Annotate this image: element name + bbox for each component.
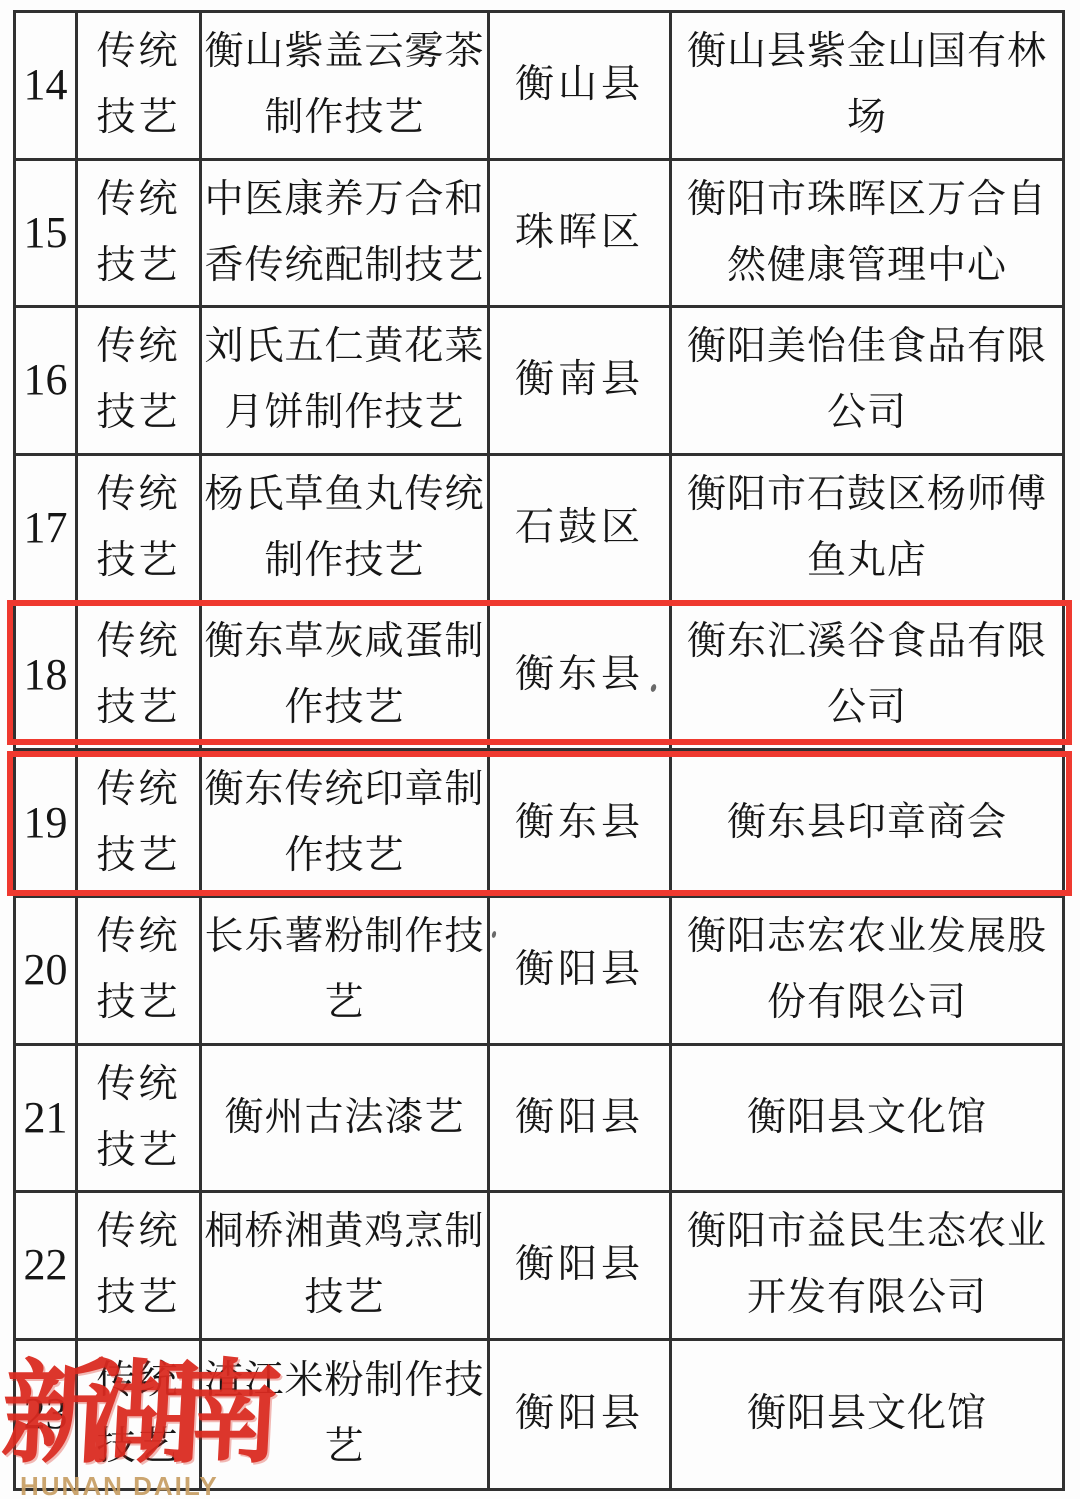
- region-cell: 衡阳县: [490, 1193, 672, 1338]
- region-cell: 石鼓区: [490, 456, 672, 601]
- organization-cell: 衡阳市珠晖区万合自 然健康管理中心: [672, 161, 1062, 306]
- organization-cell: 衡阳县文化馆: [672, 1046, 1062, 1191]
- table-row-19: 19 传统 技艺 衡东传统印章制 作技艺 衡东县 衡东县印章商会: [16, 751, 1062, 899]
- table-row-14: 14 传统 技艺 衡山紫盖云雾茶 制作技艺 衡山县 衡山县紫金山国有林 场: [16, 13, 1062, 161]
- row-number-cell: 18: [16, 603, 78, 748]
- category-cell: 传统 技艺: [78, 161, 202, 306]
- category-cell: 传统 技艺: [78, 898, 202, 1043]
- table-row-22: 22 传统 技艺 桐桥湘黄鸡烹制 技艺 衡阳县 衡阳市益民生态农业 开发有限公司: [16, 1193, 1062, 1341]
- region-cell: 衡阳县: [490, 1341, 672, 1489]
- organization-cell: 衡阳县文化馆: [672, 1341, 1062, 1489]
- table-row-18: 18 传统 技艺 衡东草灰咸蛋制 作技艺 衡东县 衡东汇溪谷食品有限 公司: [16, 603, 1062, 751]
- category-cell: 传统 技艺: [78, 456, 202, 601]
- region-cell: 珠晖区: [490, 161, 672, 306]
- organization-cell: 衡阳美怡佳食品有限 公司: [672, 308, 1062, 453]
- row-number-cell: 19: [16, 751, 78, 896]
- project-name-cell: 衡东草灰咸蛋制 作技艺: [202, 603, 490, 748]
- region-cell: 衡阳县: [490, 898, 672, 1043]
- project-name-cell: 衡山紫盖云雾茶 制作技艺: [202, 13, 490, 158]
- organization-cell: 衡阳市益民生态农业 开发有限公司: [672, 1193, 1062, 1338]
- region-cell: 衡东县: [490, 751, 672, 896]
- table-row-21: 21 传统 技艺 衡州古法漆艺 衡阳县 衡阳县文化馆: [16, 1046, 1062, 1194]
- category-cell: 传统 技艺: [78, 308, 202, 453]
- region-cell: 衡东县: [490, 603, 672, 748]
- row-number-cell: 20: [16, 898, 78, 1043]
- project-name-cell: 桐桥湘黄鸡烹制 技艺: [202, 1193, 490, 1338]
- organization-cell: 衡山县紫金山国有林 场: [672, 13, 1062, 158]
- table-row-16: 16 传统 技艺 刘氏五仁黄花菜 月饼制作技艺 衡南县 衡阳美怡佳食品有限 公司: [16, 308, 1062, 456]
- category-cell: 传统 技艺: [78, 603, 202, 748]
- project-name-cell: 中医康养万合和 香传统配制技艺: [202, 161, 490, 306]
- project-name-cell: 刘氏五仁黄花菜 月饼制作技艺: [202, 308, 490, 453]
- row-number-cell: 15: [16, 161, 78, 306]
- project-name-cell: 长乐薯粉制作技 艺: [202, 898, 490, 1043]
- category-cell: 传统 技艺: [78, 1193, 202, 1338]
- region-cell: 衡阳县: [490, 1046, 672, 1191]
- category-cell: 传统 技艺: [78, 1341, 202, 1489]
- project-name-cell: 渣江米粉制作技 艺: [202, 1341, 490, 1489]
- organization-cell: 衡东县印章商会: [672, 751, 1062, 896]
- category-cell: 传统 技艺: [78, 13, 202, 158]
- scanned-document-page: 14 传统 技艺 衡山紫盖云雾茶 制作技艺 衡山县 衡山县紫金山国有林 场 15…: [0, 0, 1080, 1499]
- organization-cell: 衡阳市石鼓区杨师傅 鱼丸店: [672, 456, 1062, 601]
- row-number-cell: 21: [16, 1046, 78, 1191]
- row-number-cell: 14: [16, 13, 78, 158]
- row-number-cell: 23: [16, 1341, 78, 1489]
- project-name-cell: 杨氏草鱼丸传统 制作技艺: [202, 456, 490, 601]
- table-row-20: 20 传统 技艺 长乐薯粉制作技 艺 衡阳县 衡阳志宏农业发展股 份有限公司: [16, 898, 1062, 1046]
- row-number-cell: 22: [16, 1193, 78, 1338]
- row-number-cell: 17: [16, 456, 78, 601]
- table-row-23: 23 传统 技艺 渣江米粉制作技 艺 衡阳县 衡阳县文化馆: [16, 1341, 1062, 1489]
- heritage-projects-table: 14 传统 技艺 衡山紫盖云雾茶 制作技艺 衡山县 衡山县紫金山国有林 场 15…: [13, 10, 1065, 1491]
- project-name-cell: 衡东传统印章制 作技艺: [202, 751, 490, 896]
- organization-cell: 衡阳志宏农业发展股 份有限公司: [672, 898, 1062, 1043]
- organization-cell: 衡东汇溪谷食品有限 公司: [672, 603, 1062, 748]
- region-cell: 衡南县: [490, 308, 672, 453]
- table-row-17: 17 传统 技艺 杨氏草鱼丸传统 制作技艺 石鼓区 衡阳市石鼓区杨师傅 鱼丸店: [16, 456, 1062, 604]
- project-name-cell: 衡州古法漆艺: [202, 1046, 490, 1191]
- category-cell: 传统 技艺: [78, 751, 202, 896]
- category-cell: 传统 技艺: [78, 1046, 202, 1191]
- region-cell: 衡山县: [490, 13, 672, 158]
- table-row-15: 15 传统 技艺 中医康养万合和 香传统配制技艺 珠晖区 衡阳市珠晖区万合自 然…: [16, 161, 1062, 309]
- row-number-cell: 16: [16, 308, 78, 453]
